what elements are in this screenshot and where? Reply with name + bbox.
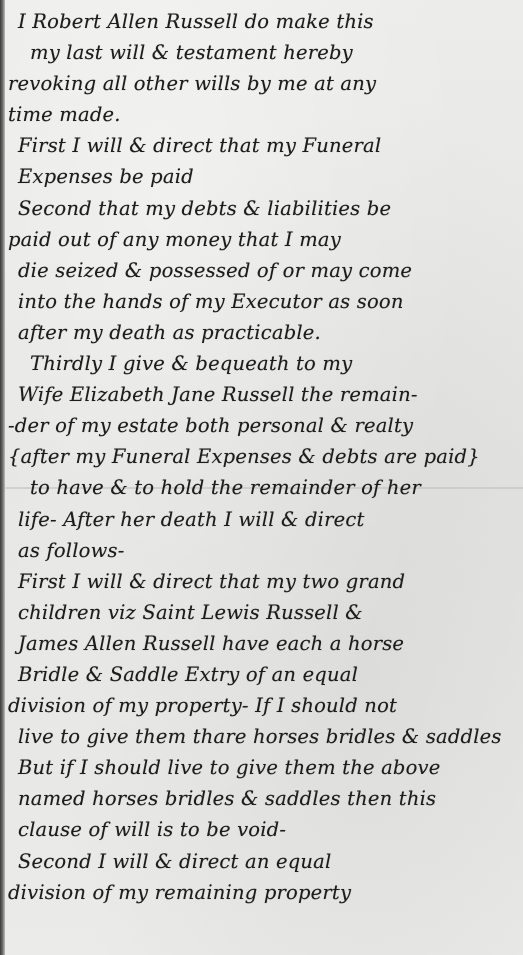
text-line: Second I will & direct an equal (8, 846, 521, 877)
text-line: paid out of any money that I may (8, 224, 521, 255)
handwritten-text: I Robert Allen Russell do make this my l… (8, 6, 521, 908)
text-line: Wife Elizabeth Jane Russell the remain- (8, 379, 521, 410)
text-line: named horses bridles & saddles then this (8, 783, 521, 814)
text-line: {after my Funeral Expenses & debts are p… (8, 441, 521, 472)
text-line: die seized & possessed of or may come (8, 255, 521, 286)
text-line: division of my property- If I should not (8, 690, 521, 721)
text-line: I Robert Allen Russell do make this (8, 6, 521, 37)
text-line: revoking all other wills by me at any (8, 68, 521, 99)
text-line: after my death as practicable. (8, 317, 521, 348)
text-line: Second that my debts & liabilities be (8, 193, 521, 224)
text-line: James Allen Russell have each a horse (8, 628, 521, 659)
text-line: into the hands of my Executor as soon (8, 286, 521, 317)
text-line: live to give them thare horses bridles &… (8, 721, 521, 752)
text-line: First I will & direct that my two grand (8, 566, 521, 597)
text-line: Bridle & Saddle Extry of an equal (8, 659, 521, 690)
text-line: time made. (8, 99, 521, 130)
text-line: -der of my estate both personal & realty (8, 410, 521, 441)
text-line: my last will & testament hereby (8, 37, 521, 68)
text-line: Thirdly I give & bequeath to my (8, 348, 521, 379)
text-line: First I will & direct that my Funeral (8, 130, 521, 161)
text-line: But if I should live to give them the ab… (8, 752, 521, 783)
text-line: Expenses be paid (8, 161, 521, 192)
page-left-border (0, 0, 5, 955)
text-line: children viz Saint Lewis Russell & (8, 597, 521, 628)
text-line: clause of will is to be void- (8, 814, 521, 845)
text-line: division of my remaining property (8, 877, 521, 908)
text-line: to have & to hold the remainder of her (8, 472, 521, 503)
document-page: I Robert Allen Russell do make this my l… (0, 0, 523, 955)
text-line: life- After her death I will & direct (8, 504, 521, 535)
text-line: as follows- (8, 535, 521, 566)
